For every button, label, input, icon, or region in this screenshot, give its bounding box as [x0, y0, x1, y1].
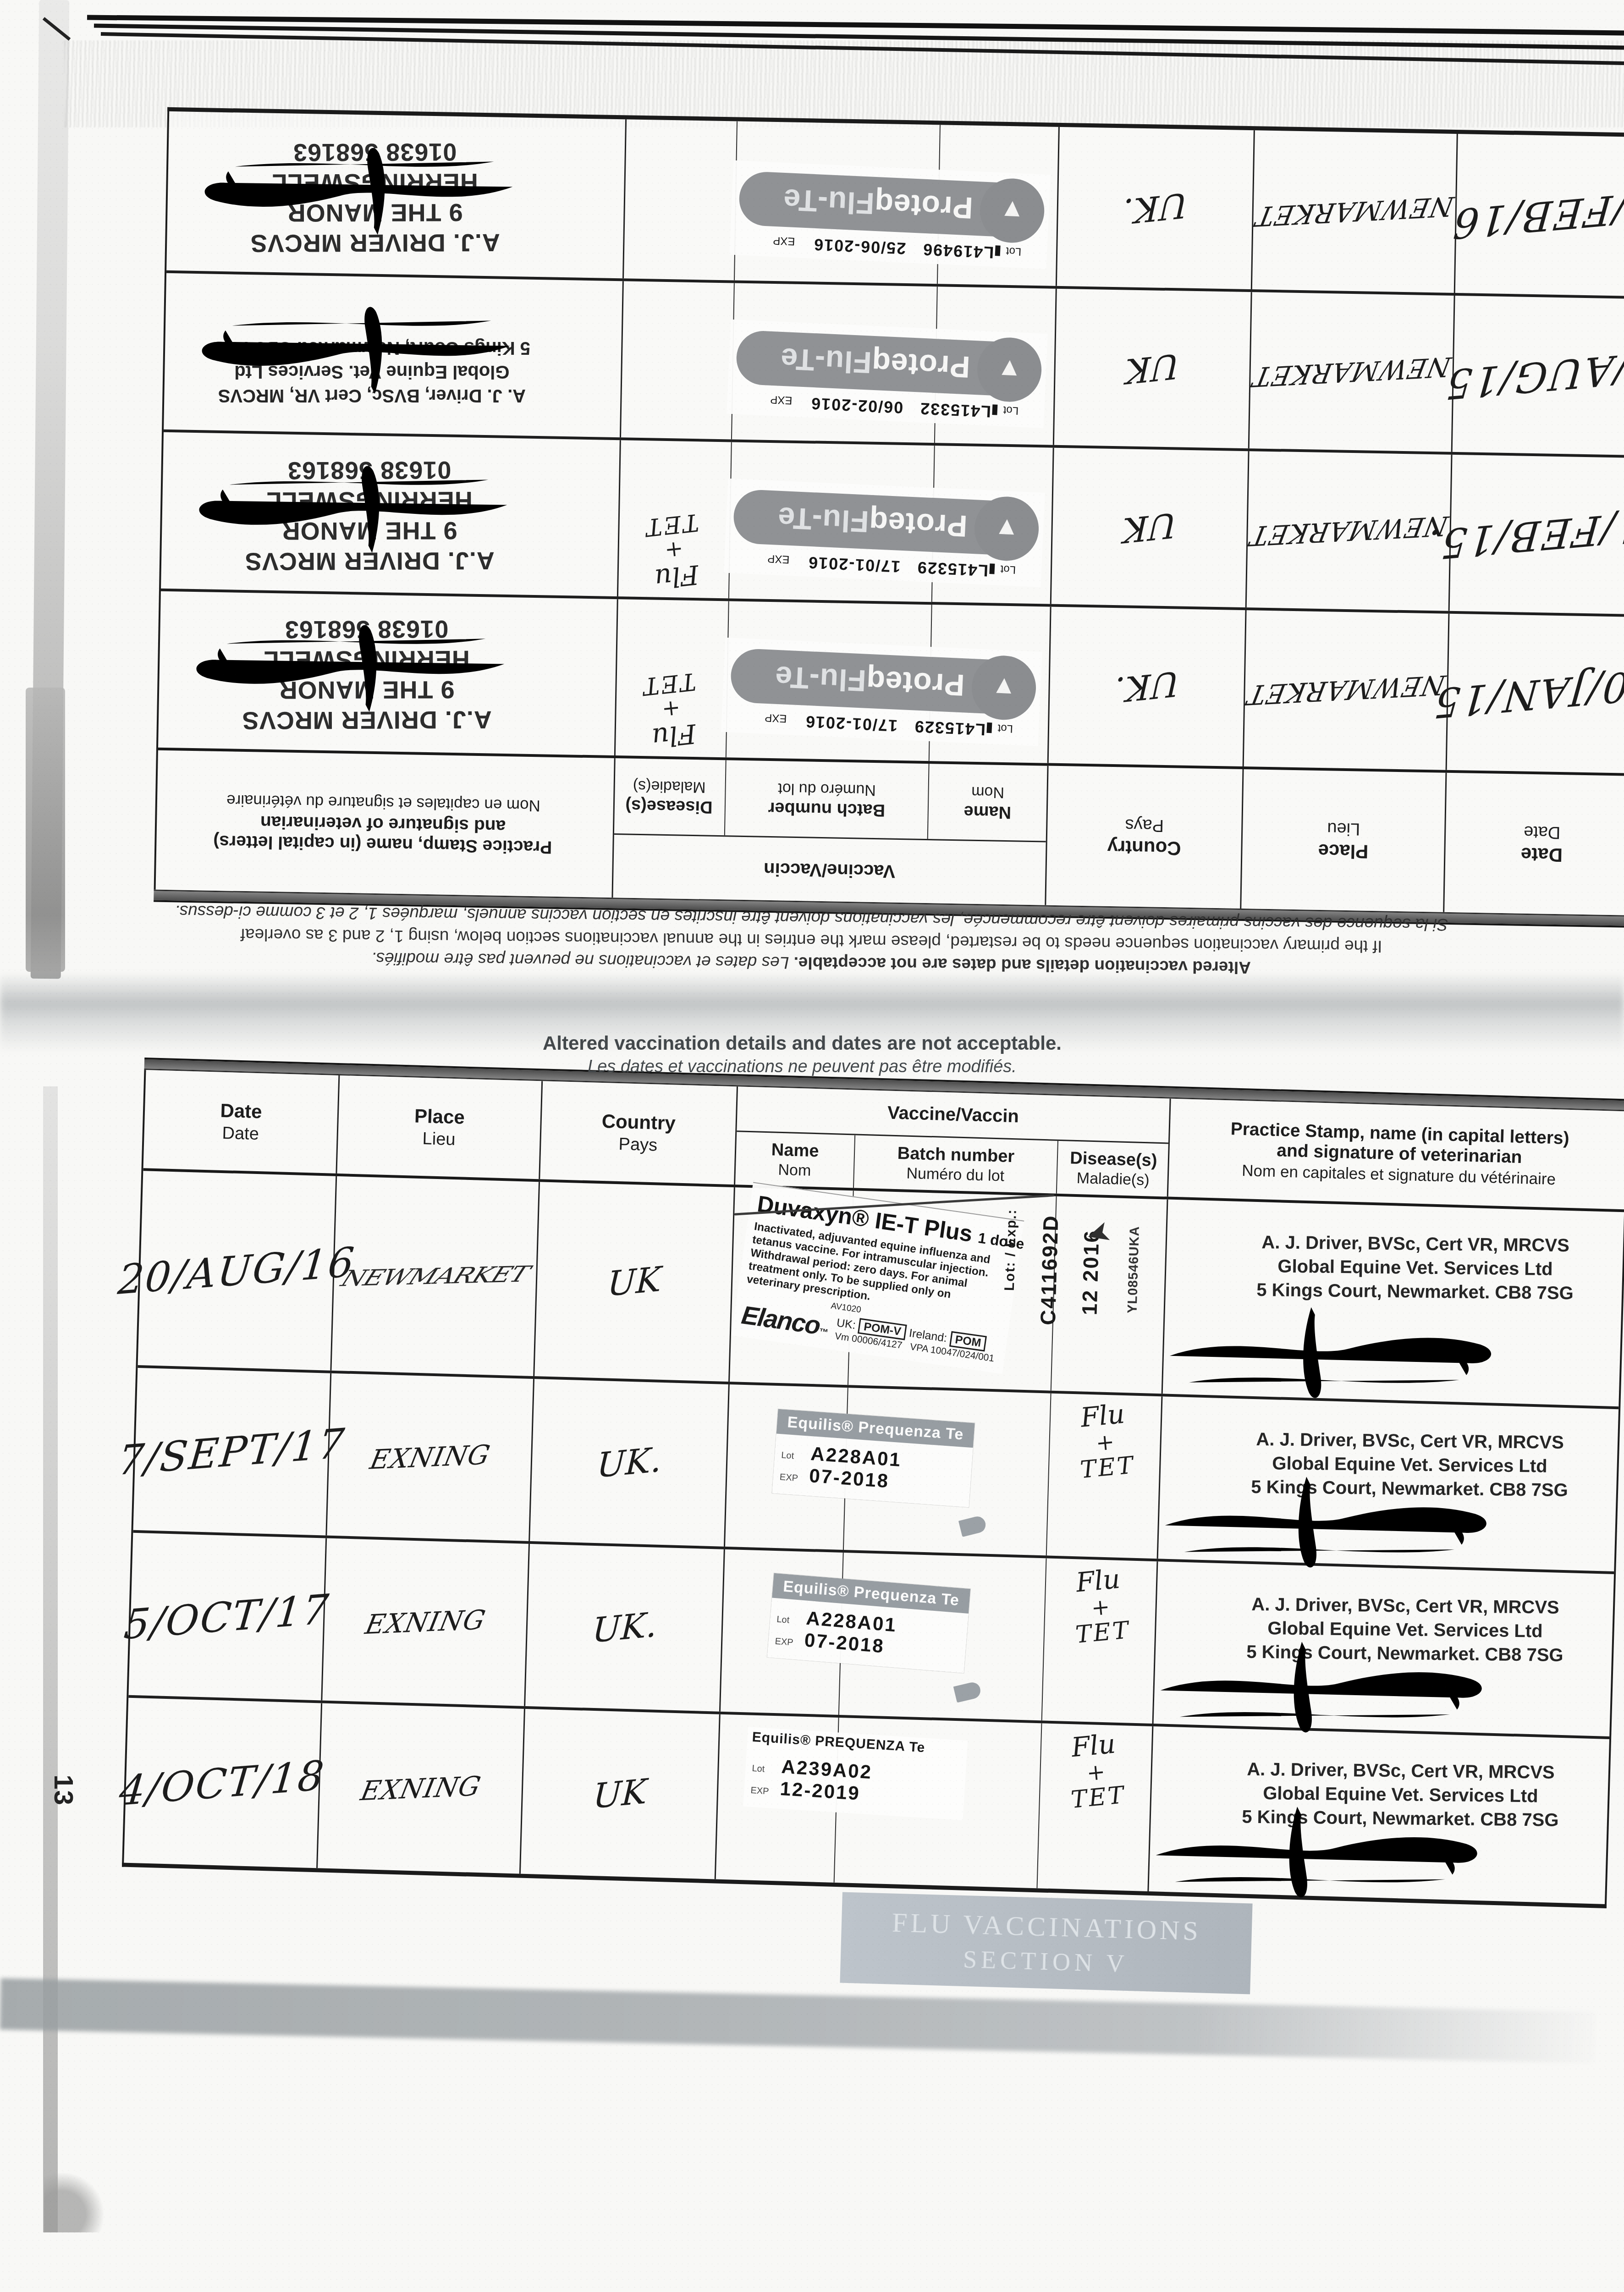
- place-cell: EXNING: [322, 1538, 530, 1706]
- barcode-block-icon: ▮: [993, 244, 1002, 259]
- place-cell: EXNING: [318, 1703, 525, 1873]
- equilis-prequenza-sticker: Equilis® Prequenza Te LotA228A01 EXP07-2…: [767, 1573, 970, 1673]
- place-cell: NEWMARKET: [1248, 292, 1454, 452]
- place-cell: NEWMARKET: [1243, 610, 1448, 770]
- date-cell: 20/JAN/15: [1446, 614, 1624, 773]
- header-disease: Disease(s)Maladie(s): [1057, 1141, 1170, 1196]
- table-row: 20/JAN/15 NEWMARKET UK. Flu+TET Lot▮L415…: [158, 589, 1624, 773]
- date-cell: 5/AUG/15: [1451, 296, 1624, 455]
- header-place: PlaceLieu: [1240, 769, 1445, 912]
- date-cell: 21/FEB/15.: [1448, 455, 1624, 614]
- proteqflu-te-sticker: Lot▮L41532917/01-2016EXP ▼ProteqFlu-Te: [724, 479, 1045, 587]
- vet-signature: [90, 132, 619, 246]
- place-cell: NEWMARKET: [331, 1176, 540, 1376]
- barcode-block-icon: ▮: [988, 562, 996, 578]
- proteq-pill: ▼ProteqFlu-Te: [732, 489, 1037, 556]
- country-cell: UK.: [1047, 607, 1245, 766]
- proteq-arrow-icon: ▼: [976, 336, 1043, 403]
- country-cell: UK: [1053, 289, 1251, 448]
- header-vaccine-group: Vaccine/Vaccin NameNom Batch numberNumér…: [611, 758, 1047, 905]
- proteqflu-te-sticker: Lot▮L41532917/01-2016EXP ▼ProteqFlu-Te: [721, 638, 1042, 746]
- vaccination-table-top-flipped: DateDate PlaceLieu CountryPays Vaccine/V…: [154, 107, 1624, 928]
- vet-signature: [1035, 1292, 1624, 1419]
- disease-cell: Flu+TET: [617, 440, 731, 598]
- place-cell: EXNING: [327, 1373, 534, 1541]
- header-date: DateDate: [143, 1070, 340, 1174]
- vet-signature: [82, 609, 611, 723]
- vet-signature: [84, 450, 613, 564]
- table-row: 21/FEB/15. NEWMARKET UK Flu+TET Lot▮L415…: [161, 430, 1624, 614]
- country-cell: UK: [521, 1709, 721, 1879]
- header-country: CountryPays: [1045, 766, 1242, 909]
- vet-signature: [1026, 1626, 1624, 1753]
- page-corner-shadow: [44, 2173, 104, 2232]
- vaccination-table-bottom: DateDate PlaceLieu CountryPays Vaccine/V…: [122, 1058, 1624, 1908]
- date-cell: 7/SEPT/17: [133, 1368, 331, 1536]
- date-cell: 5/OCT/17: [128, 1533, 327, 1701]
- proteq-pill: ▼ProteqFlu-Te: [730, 648, 1035, 716]
- scan-streaks-top: [0, 0, 1624, 83]
- proteq-arrow-icon: ▼: [979, 177, 1046, 244]
- date-cell: 20/AUG/16: [138, 1171, 337, 1371]
- header-disease: Disease(s)Maladie(s): [613, 758, 726, 835]
- place-cell: NEWMARKET: [1245, 451, 1451, 611]
- header-batch: Batch numberNuméro du lot: [854, 1135, 1058, 1194]
- country-cell: UK.: [530, 1379, 730, 1547]
- header-stamp: Practice Stamp, name (in capital letters…: [152, 750, 614, 898]
- barcode-block-icon: ▮: [991, 403, 999, 419]
- header-country: CountryPays: [540, 1081, 738, 1185]
- scanned-passport-page: DateDate PlaceLieu CountryPays Vaccine/V…: [0, 0, 1624, 2292]
- country-cell: UK.: [525, 1544, 725, 1712]
- disease-cell: Flu+TET: [614, 599, 728, 757]
- proteq-pill: ▼ProteqFlu-Te: [738, 171, 1043, 239]
- equilis-prequenza-sticker: Equilis® Prequenza Te LotA228A01 EXP07-2…: [772, 1409, 974, 1507]
- page-bottom-shadow: [0, 1978, 1596, 2063]
- duvaxyn-lot-exp-label: Lot: / Exp.:: [1002, 1209, 1020, 1291]
- country-cell: UK.: [1056, 127, 1254, 289]
- header-batch: Batch numberNuméro du lot: [724, 760, 929, 839]
- disease-cell: [622, 119, 737, 280]
- vet-signature: [1031, 1462, 1624, 1588]
- country-cell: UK: [1050, 448, 1248, 607]
- date-cell: 4/OCT/18: [124, 1698, 322, 1868]
- table-header: DateDate PlaceLieu CountryPays Vaccine/V…: [156, 748, 1624, 915]
- practice-stamp: A. J. Driver, BVSc, Cert VR, MRCVSGlobal…: [1209, 1230, 1622, 1306]
- table-row: 7/FEB/16 NEWMARKET UK. Lot▮L41949625/06-…: [166, 111, 1624, 296]
- header-date: DateDate: [1443, 773, 1624, 915]
- page-edge-shadow-bottom: [43, 1086, 58, 2232]
- proteq-arrow-icon: ▼: [973, 495, 1040, 562]
- date-cell: 7/FEB/16: [1454, 134, 1624, 296]
- header-place: PlaceLieu: [337, 1075, 543, 1179]
- equilis-prequenza-sticker: Equilis® PREQUENZA Te LotA239A02 EXP12-2…: [743, 1727, 968, 1820]
- proteqflu-te-sticker: Lot▮L41533206/02-2016EXP ▼ProteqFlu-Te: [727, 320, 1048, 428]
- proteqflu-te-sticker: Lot▮L41949625/06-2016EXP ▼ProteqFlu-Te: [729, 160, 1051, 269]
- vet-signature: [87, 291, 616, 405]
- header-stamp: Practice Stamp, name (in capital letters…: [1168, 1099, 1624, 1210]
- disease-handwriting: Flu+TET: [615, 506, 733, 596]
- altered-details-notice: Altered vaccination details and dates ar…: [495, 1032, 1109, 1077]
- elanco-logo: Elanco™: [740, 1300, 830, 1341]
- flu-vaccinations-banner: FLU VACCINATIONS SECTION V: [840, 1892, 1252, 1994]
- header-vaccine-group: Vaccine/Vaccin NameNom Batch numberNumér…: [735, 1086, 1171, 1196]
- header-name: NameNom: [735, 1132, 855, 1188]
- disease-handwriting: Flu+TET: [612, 665, 730, 755]
- header-name: NameNom: [927, 764, 1047, 841]
- disease-cell: [620, 281, 734, 439]
- table-row: 5/AUG/15 NEWMARKET UK Lot▮L41533206/02-2…: [164, 270, 1624, 455]
- barcode-block-icon: ▮: [985, 721, 993, 737]
- place-cell: NEWMARKET: [1251, 130, 1457, 293]
- country-cell: UK: [534, 1182, 735, 1382]
- proteq-pill: ▼ProteqFlu-Te: [735, 330, 1040, 397]
- table-row: 20/AUG/16 NEWMARKET UK Duvaxyn® IE-T Plu…: [138, 1171, 1624, 1409]
- proteq-arrow-icon: ▼: [970, 654, 1037, 721]
- page-number: 13: [48, 1774, 79, 1806]
